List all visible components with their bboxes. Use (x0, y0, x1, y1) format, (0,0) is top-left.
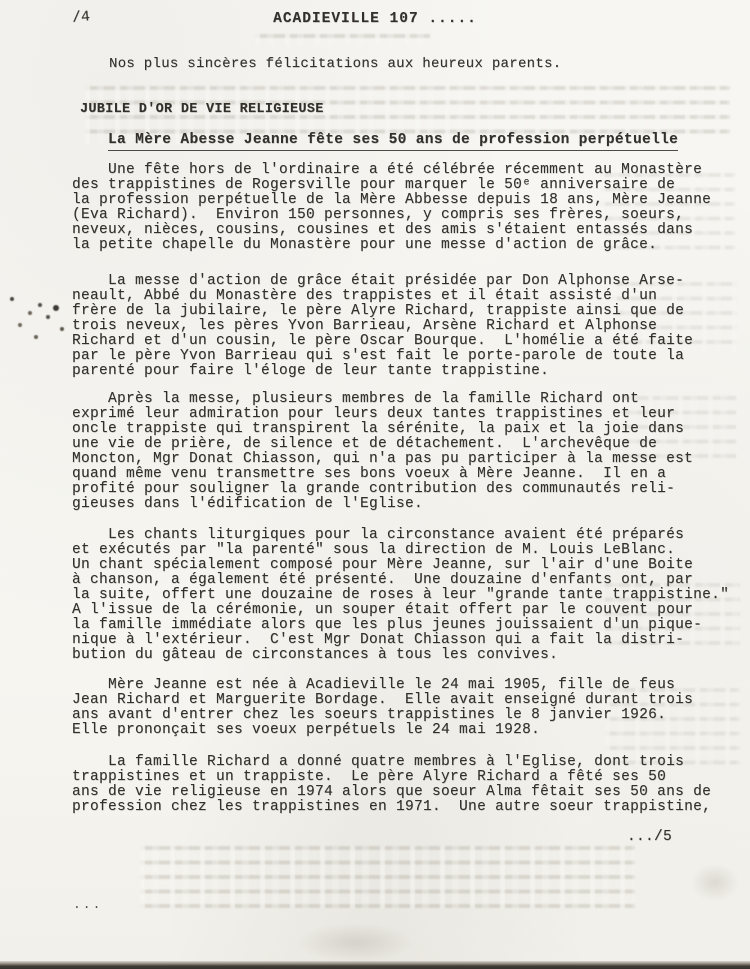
paragraph: La famille Richard a donné quatre membre… (72, 755, 711, 815)
paragraph: Les chants liturgiques pour la circonsta… (72, 528, 729, 663)
page-title: ACADIEVILLE 107 ..... (0, 11, 750, 27)
scanned-newsletter-page: /4 ACADIEVILLE 107 ..... Nos plus sincèr… (0, 0, 750, 969)
scanner-smudge (680, 855, 750, 910)
page-continuation-mark: .../5 (627, 829, 672, 845)
bleed-through-artifact (255, 34, 430, 46)
congratulations-line: Nos plus sincères félicitations aux heur… (109, 56, 561, 72)
paragraph: Une fête hors de l'ordinaire a été céléb… (72, 163, 711, 253)
paragraph: Après la messe, plusieurs membres de la … (72, 392, 693, 512)
stray-ink-dots: ... (73, 897, 102, 912)
scan-edge (0, 961, 750, 969)
section-heading: JUBILE D'OR DE VIE RELIGIEUSE (80, 102, 324, 117)
paragraph: Mère Jeanne est née à Acadieville le 24 … (72, 678, 693, 738)
bleed-through-artifact (140, 846, 635, 908)
ink-smudge (10, 297, 14, 301)
article-headline: La Mère Abesse Jeanne fête ses 50 ans de… (108, 132, 678, 151)
paragraph: La messe d'action de grâce était présidé… (72, 274, 693, 379)
